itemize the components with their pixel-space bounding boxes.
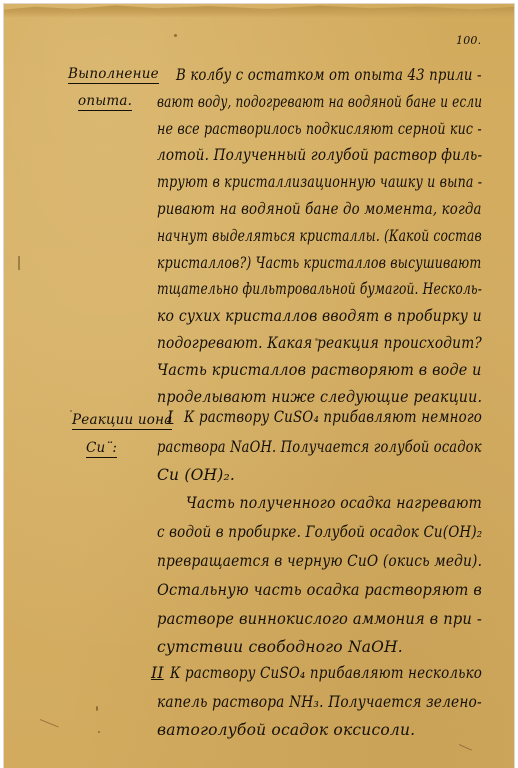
body-line: Часть кристаллов растворяют в воде и bbox=[157, 361, 482, 379]
paper-speck bbox=[174, 34, 177, 37]
body-line: кристаллов?) Часть кристаллов высушивают bbox=[157, 254, 481, 272]
margin-label-copper-ion: Cu¨: bbox=[86, 440, 117, 458]
margin-label-execution: Выполнение bbox=[68, 66, 159, 84]
body-line: В колбу с остатком от опыта 43 прили - bbox=[176, 66, 482, 84]
body-line: вают воду, подогревают на водяной бане и… bbox=[157, 93, 482, 111]
body-line: ко сухих кристаллов вводят в пробирку и bbox=[157, 307, 482, 325]
paper-scratch bbox=[459, 744, 472, 751]
body-line: начнут выделяться кристаллы. (Какой сост… bbox=[157, 227, 482, 245]
body-line: проделывают ниже следующие реакции. bbox=[157, 388, 482, 406]
body-line: тщательно фильтровальной бумагой. Нескол… bbox=[157, 280, 482, 298]
body-line: лотой. Полученный голубой раствор филь- bbox=[157, 146, 482, 164]
margin-label-experiment: опыта. bbox=[78, 93, 132, 111]
paper-speck bbox=[96, 706, 98, 711]
paper-speck bbox=[98, 731, 100, 733]
manuscript-page: 100. Выполнение опыта. Реакции иона Cu¨:… bbox=[4, 4, 514, 768]
page-number: 100. bbox=[456, 34, 481, 47]
torn-top-edge bbox=[4, 4, 514, 18]
body-line: ривают на водяной бане до момента, когда bbox=[157, 200, 482, 218]
margin-label-ion-reactions: Реакции иона bbox=[72, 412, 172, 430]
paper-scratch bbox=[40, 719, 59, 727]
body-line: не все растворилось подкисляют серной ки… bbox=[157, 120, 482, 138]
paper-scratch bbox=[18, 256, 20, 270]
body-line: труют в кристаллизационную чашку и выпа … bbox=[157, 173, 482, 191]
body-line: подогревают. Какая реакция происходит? bbox=[157, 334, 482, 352]
